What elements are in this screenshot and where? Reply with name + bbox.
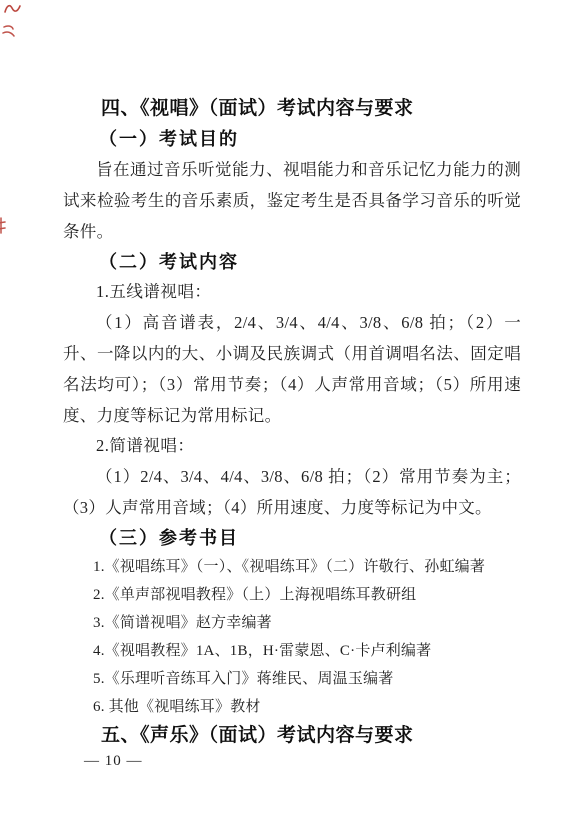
- section4-references-heading: （三）参考书目: [63, 523, 521, 553]
- document-page: 四、《视唱》（面试）考试内容与要求 （一）考试目的 旨在通过音乐听觉能力、视唱能…: [0, 0, 582, 830]
- reference-item: 2.《单声部视唱教程》（上）上海视唱练耳教研组: [63, 581, 521, 609]
- reference-item: 6. 其他《视唱练耳》教材: [63, 693, 521, 721]
- section4-item2-text: （1）2/4、3/4、4/4、3/8、6/8 拍；（2）常用节奏为主；（3）人声…: [63, 461, 521, 523]
- section4-content-heading: （二）考试内容: [63, 247, 521, 277]
- reference-item: 3.《简谱视唱》赵方幸编著: [63, 609, 521, 637]
- section4-purpose-text: 旨在通过音乐听觉能力、视唱能力和音乐记忆力能力的测试来检验考生的音乐素质，鉴定考…: [63, 154, 521, 247]
- red-pen-mark-upper: [2, 24, 15, 38]
- page-number: — 10 —: [84, 753, 143, 770]
- section4-item1-title: 1.五线谱视唱：: [63, 277, 521, 307]
- reference-item: 4.《视唱教程》1A、1B，H·雷蒙恩、C·卡卢利编著: [63, 637, 521, 665]
- section4-item1-text: （1）高音谱表，2/4、3/4、4/4、3/8、6/8 拍；（2）一升、一降以内…: [63, 307, 521, 431]
- section5-title: 五、《声乐》（面试）考试内容与要求: [63, 721, 521, 751]
- section4-item2-title: 2.简谱视唱：: [63, 431, 521, 461]
- reference-list: 1.《视唱练耳》（一）、《视唱练耳》（二）许敬行、孙虹编著 2.《单声部视唱教程…: [63, 553, 521, 721]
- red-pen-mark-left-edge: [0, 217, 7, 235]
- reference-item: 5.《乐理听音练耳入门》蒋维民、周温玉编著: [63, 665, 521, 693]
- reference-item: 1.《视唱练耳》（一）、《视唱练耳》（二）许敬行、孙虹编著: [63, 553, 521, 581]
- page-content: 四、《视唱》（面试）考试内容与要求 （一）考试目的 旨在通过音乐听觉能力、视唱能…: [63, 94, 521, 751]
- section4-title: 四、《视唱》（面试）考试内容与要求: [63, 94, 521, 124]
- red-pen-mark-top: [4, 3, 22, 16]
- section4-purpose-heading: （一）考试目的: [63, 124, 521, 154]
